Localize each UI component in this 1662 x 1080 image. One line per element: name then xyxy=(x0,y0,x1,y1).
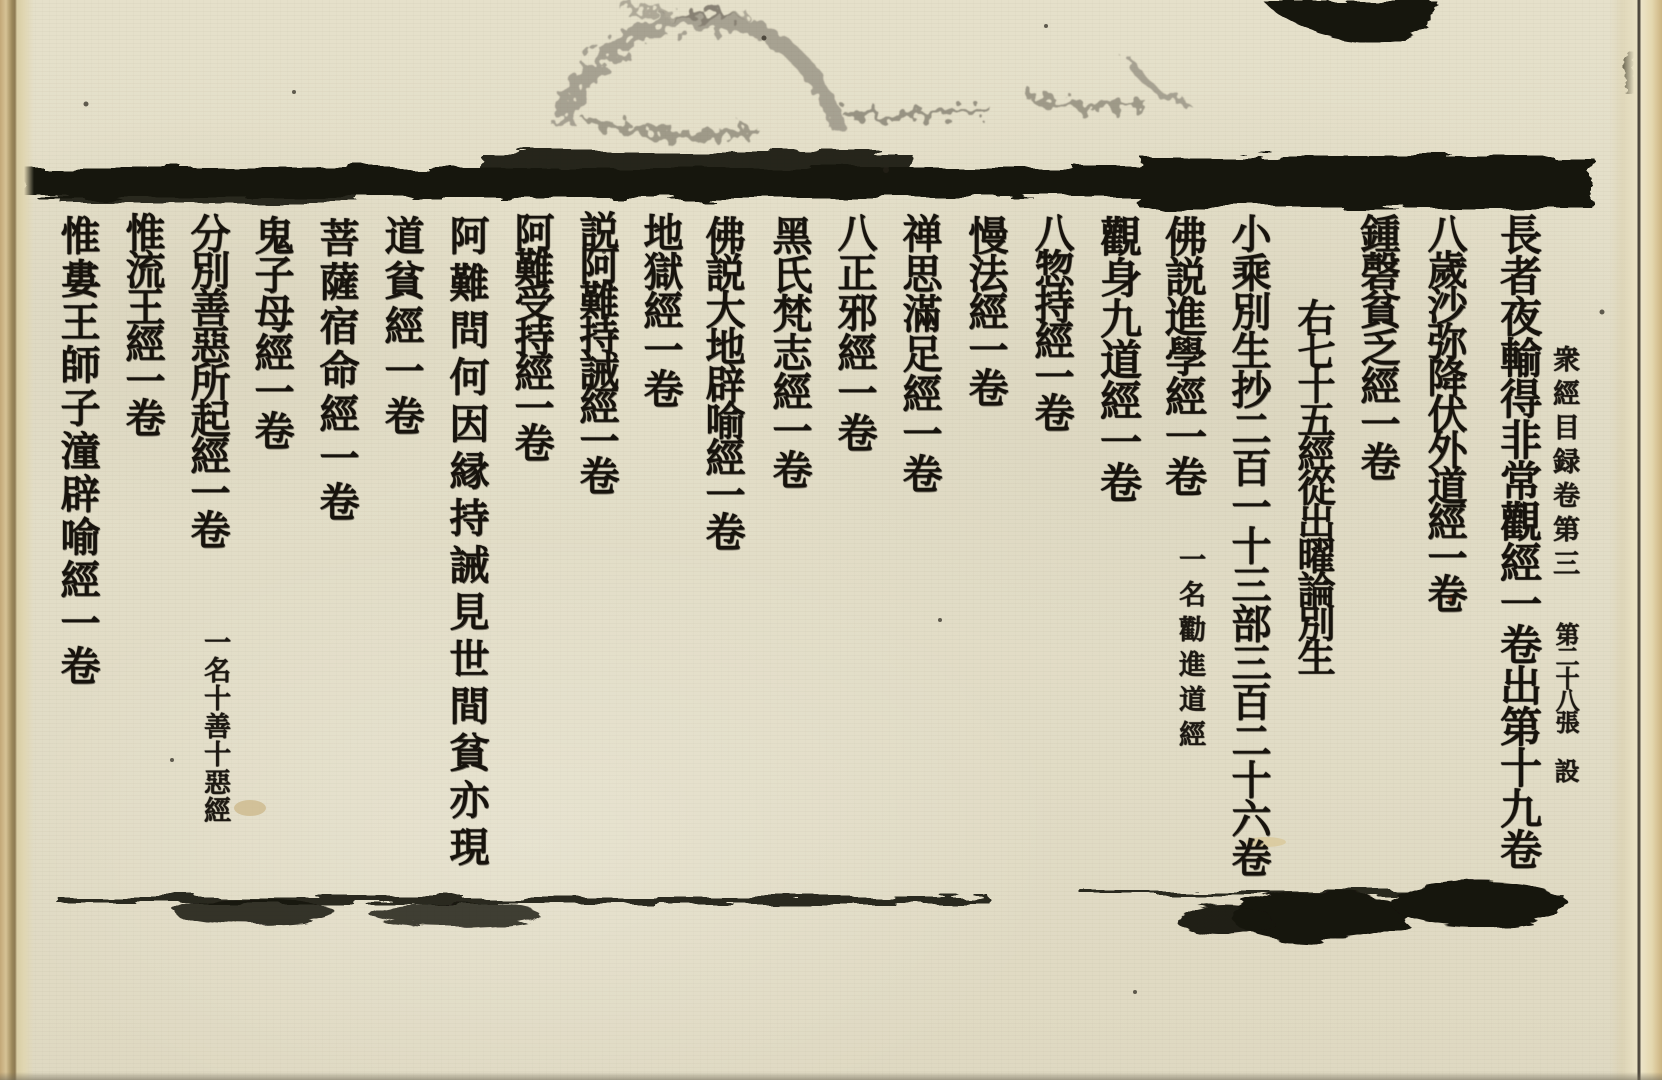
title-column-6: 觀身九道經一卷 xyxy=(1096,215,1138,502)
title-column-16: 阿難問何因縁持誡見世間貧亦現 xyxy=(446,215,486,873)
title-column-14: 説阿難持誡經一卷 xyxy=(576,210,616,490)
summary-column: 右七十五經從出曜論別生 xyxy=(1293,298,1331,672)
title-column-4: 小乘別生抄二百一十三部三百二十六卷 xyxy=(1228,213,1268,876)
banxin-sheet-number: 第二十八張 xyxy=(1552,622,1576,732)
title-column-20: 分別善惡所起經一卷 xyxy=(187,213,227,546)
title-column-18: 菩薩宿命經一卷 xyxy=(316,217,356,525)
title-column-12: 佛説大地辟喻經一卷 xyxy=(702,215,742,548)
banxin-catalog-title: 衆經目録卷第三 xyxy=(1550,345,1577,583)
title-column-7: 八惣持經一卷 xyxy=(1031,212,1071,428)
title-column-19: 鬼子母經一卷 xyxy=(251,215,291,449)
title-column-5: 佛説進學經一卷 xyxy=(1161,215,1203,495)
title-column-22: 惟婁王師子潼辟喻經一卷 xyxy=(57,215,97,688)
title-column-15: 阿難受持經一卷 xyxy=(511,212,551,457)
title-column-3: 鍾磬貧乏經一卷 xyxy=(1357,213,1397,479)
title-column-21: 惟流王經一卷 xyxy=(122,212,162,434)
title-column-10: 八正邪經一卷 xyxy=(834,212,874,452)
annotation-alt-title-2: 一名十善十惡經 xyxy=(201,628,228,824)
title-column-9: 禅思滿足經一卷 xyxy=(899,213,939,493)
annotation-alt-title-1: 一名勸進道經 xyxy=(1176,545,1203,755)
title-column-1: 長者夜輸得非常觀經一卷出第十九卷 xyxy=(1496,213,1538,869)
title-column-13: 地獄經一卷 xyxy=(640,212,680,407)
title-column-8: 慢法經一卷 xyxy=(965,215,1005,405)
banxin-carver-mark: 設 xyxy=(1552,758,1577,783)
manuscript-page: 長者夜輸得非常觀經一卷出第十九卷衆經目録卷第三第二十八張設八歲沙弥降伏外道經一卷… xyxy=(0,0,1662,1080)
page-edge-right xyxy=(1610,0,1662,1080)
binding-edge-left xyxy=(0,0,34,1080)
page-bottom-edge xyxy=(0,1072,1662,1080)
title-column-2: 八歲沙弥降伏外道經一卷 xyxy=(1424,213,1464,609)
title-column-11: 黑氏梵志經一卷 xyxy=(769,215,809,488)
sutra-text-columns: 長者夜輸得非常觀經一卷出第十九卷衆經目録卷第三第二十八張設八歲沙弥降伏外道經一卷… xyxy=(0,0,1662,1080)
title-column-17: 道貧經一卷 xyxy=(381,215,421,440)
